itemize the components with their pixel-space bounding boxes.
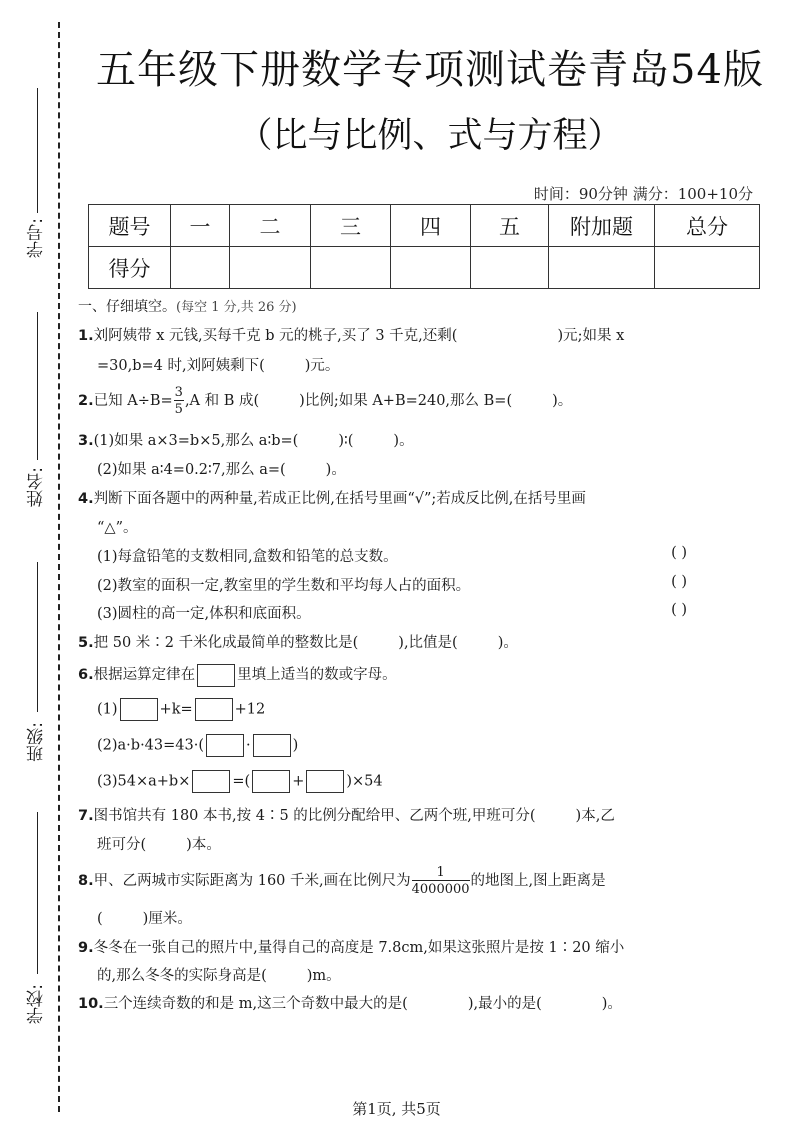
score-cell[interactable] [311, 247, 391, 289]
question-text: )。 [602, 996, 622, 1012]
col-header: 四 [391, 205, 471, 247]
class-line [37, 562, 38, 712]
school-label: 学校: [24, 984, 50, 1024]
judge-item-text: (2)教室的面积一定,教室里的学生数和平均每人占的面积。 [97, 578, 470, 594]
question-1-cont: =30,b=4 时,刘阿姨剩下()元。 [97, 354, 339, 375]
question-6-part-3: (3)54×a+b×=(+)×54 [97, 770, 383, 793]
question-text: “△”。 [97, 520, 137, 536]
question-number: 3. [78, 433, 94, 449]
question-text: )m。 [307, 968, 341, 984]
question-number: 9. [78, 940, 94, 956]
question-text: 冬冬在一张自己的照片中,量得自己的高度是 7.8cm,如果这张照片是按 1∶20… [94, 940, 625, 956]
school-line [37, 812, 38, 974]
question-3: 3.(1)如果 a×3=b×5,那么 a∶b=()∶()。 [78, 429, 414, 450]
question-5: 5.把 50 米∶2 千米化成最简单的整数比是(),比值是()。 [78, 631, 518, 652]
question-number: 2. [78, 393, 94, 409]
row-header-question-no: 题号 [89, 205, 171, 247]
col-header: 五 [471, 205, 549, 247]
question-text: (1)如果 a×3=b×5,那么 a∶b=( [94, 433, 299, 449]
exam-meta: 时间：90分钟 满分：100+10分 [534, 183, 753, 204]
binding-dashed-line [58, 22, 60, 1112]
question-text: )。 [498, 635, 518, 651]
question-text: ) [293, 738, 299, 754]
question-4: 4.判断下面各题中的两种量,若成正比例,在括号里画“√”;若成反比例,在括号里画 [78, 487, 586, 508]
name-line [37, 312, 38, 460]
question-text: )比例;如果 A+B=240,那么 B=( [299, 393, 512, 409]
judge-answer-blank[interactable]: ( ) [671, 574, 687, 590]
school-field[interactable]: 学校: [22, 812, 52, 1032]
question-8: 8.甲、乙两城市实际距离为 160 千米,画在比例尺为14000000的地图上,… [78, 866, 606, 896]
name-field[interactable]: 姓名: [22, 312, 52, 512]
question-text: (1) [97, 702, 118, 718]
question-text: ),比值是( [398, 635, 457, 651]
student-id-label: 学号: [24, 218, 50, 258]
score-cell[interactable] [391, 247, 471, 289]
class-field[interactable]: 班级: [22, 562, 52, 772]
answer-box[interactable] [206, 734, 244, 757]
answer-box[interactable] [253, 734, 291, 757]
judge-item-text: (1)每盒铅笔的支数相同,盒数和铅笔的总支数。 [97, 549, 398, 565]
score-cell[interactable] [655, 247, 760, 289]
answer-box[interactable] [252, 770, 290, 793]
question-9: 9.冬冬在一张自己的照片中,量得自己的高度是 7.8cm,如果这张照片是按 1∶… [78, 936, 624, 957]
question-text: )本。 [186, 837, 221, 853]
question-text: =( [232, 774, 250, 790]
section-title: 一、仔细填空。 [78, 299, 176, 315]
question-text: 已知 A÷B= [94, 393, 173, 409]
student-id-field[interactable]: 学号: [22, 88, 52, 268]
question-8-cont: ()厘米。 [97, 907, 192, 928]
question-text: +k= [160, 702, 193, 718]
question-text: 的地图上,图上距离是 [471, 873, 606, 889]
question-text: (2)如果 a∶4=0.2∶7,那么 a=( [97, 462, 286, 478]
scale-fraction: 14000000 [412, 866, 470, 896]
student-id-line [37, 88, 38, 213]
question-text: 的,那么冬冬的实际身高是( [97, 968, 267, 984]
score-cell[interactable] [171, 247, 230, 289]
page-title: 五年级下册数学专项测试卷青岛54版 [80, 38, 780, 95]
question-number: 8. [78, 873, 94, 889]
col-header: 一 [171, 205, 230, 247]
question-text: )×54 [346, 774, 382, 790]
question-number: 6. [78, 667, 94, 683]
answer-box [197, 664, 235, 687]
question-7-cont: 班可分()本。 [97, 833, 221, 854]
question-text: )。 [326, 462, 346, 478]
col-header: 三 [311, 205, 391, 247]
question-text: 里填上适当的数或字母。 [237, 667, 397, 683]
question-text: 刘阿姨带 x 元钱,买每千克 b 元的桃子,买了 3 千克,还剩( [94, 328, 458, 344]
answer-box[interactable] [192, 770, 230, 793]
question-7: 7.图书馆共有 180 本书,按 4∶5 的比例分配给甲、乙两个班,甲班可分()… [78, 804, 615, 825]
judge-item: (1)每盒铅笔的支数相同,盒数和铅笔的总支数。( ) [97, 545, 687, 566]
question-text: )。 [393, 433, 413, 449]
score-table: 题号 一 二 三 四 五 附加题 总分 得分 [88, 204, 760, 289]
judge-item: (2)教室的面积一定,教室里的学生数和平均每人占的面积。( ) [97, 574, 687, 595]
question-text: +12 [235, 702, 266, 718]
question-6-part-1: (1)+k=+12 [97, 698, 265, 721]
question-text: ),最小的是( [468, 996, 542, 1012]
question-text: 判断下面各题中的两种量,若成正比例,在括号里画“√”;若成反比例,在括号里画 [94, 491, 586, 507]
question-text: ( [97, 911, 103, 927]
question-text: )本,乙 [576, 808, 615, 824]
question-number: 4. [78, 491, 94, 507]
page-subtitle: （比与比例、式与方程） [80, 108, 780, 158]
class-label: 班级: [24, 722, 50, 762]
question-text: )∶( [338, 433, 353, 449]
question-text: )厘米。 [143, 911, 192, 927]
question-text: =30,b=4 时,刘阿姨剩下( [97, 358, 265, 374]
section-heading: 一、仔细填空。(每空 1 分,共 26 分) [78, 296, 297, 316]
question-text: · [246, 738, 251, 754]
question-4-cont: “△”。 [97, 516, 137, 537]
judge-answer-blank[interactable]: ( ) [671, 602, 687, 618]
question-2: 2.已知 A÷B=35,A 和 B 成()比例;如果 A+B=240,那么 B=… [78, 386, 572, 416]
fraction: 35 [174, 386, 184, 416]
score-cell[interactable] [471, 247, 549, 289]
answer-box[interactable] [306, 770, 344, 793]
question-number: 5. [78, 635, 94, 651]
question-text: 把 50 米∶2 千米化成最简单的整数比是( [94, 635, 359, 651]
question-text: )元;如果 x [557, 328, 624, 344]
question-text: ,A 和 B 成( [185, 393, 259, 409]
score-table-score-row: 得分 [89, 247, 760, 289]
judge-answer-blank[interactable]: ( ) [671, 545, 687, 561]
section-note: (每空 1 分,共 26 分) [176, 300, 297, 315]
question-text: 班可分( [97, 837, 146, 853]
row-header-score: 得分 [89, 247, 171, 289]
question-text: 三个连续奇数的和是 m,这三个奇数中最大的是( [104, 996, 408, 1012]
question-number: 7. [78, 808, 94, 824]
score-cell[interactable] [549, 247, 655, 289]
judge-item: (3)圆柱的高一定,体积和底面积。( ) [97, 602, 687, 623]
question-10: 10.三个连续奇数的和是 m,这三个奇数中最大的是(),最小的是()。 [78, 992, 622, 1013]
page-number: 第1页, 共5页 [0, 1098, 793, 1119]
col-header: 总分 [655, 205, 760, 247]
col-header: 二 [230, 205, 311, 247]
answer-box[interactable] [195, 698, 233, 721]
question-text: 根据运算定律在 [94, 667, 196, 683]
score-cell[interactable] [230, 247, 311, 289]
question-text: (2)a·b·43=43·( [97, 738, 204, 754]
question-6: 6.根据运算定律在里填上适当的数或字母。 [78, 663, 397, 687]
answer-box[interactable] [120, 698, 158, 721]
question-number: 1. [78, 328, 94, 344]
question-6-part-2: (2)a·b·43=43·(·) [97, 734, 298, 757]
name-label: 姓名: [24, 467, 50, 507]
question-text: 甲、乙两城市实际距离为 160 千米,画在比例尺为 [94, 873, 411, 889]
question-text: )。 [552, 393, 572, 409]
question-text: + [292, 774, 304, 790]
question-3-part-2: (2)如果 a∶4=0.2∶7,那么 a=()。 [97, 458, 346, 479]
question-text: )元。 [305, 358, 340, 374]
question-9-cont: 的,那么冬冬的实际身高是()m。 [97, 964, 341, 985]
question-1: 1.刘阿姨带 x 元钱,买每千克 b 元的桃子,买了 3 千克,还剩()元;如果… [78, 324, 690, 345]
score-table-header-row: 题号 一 二 三 四 五 附加题 总分 [89, 205, 760, 247]
question-text: (3)54×a+b× [97, 774, 190, 790]
question-number: 10. [78, 996, 104, 1012]
question-text: 图书馆共有 180 本书,按 4∶5 的比例分配给甲、乙两个班,甲班可分( [94, 808, 536, 824]
judge-item-text: (3)圆柱的高一定,体积和底面积。 [97, 606, 311, 622]
col-header: 附加题 [549, 205, 655, 247]
